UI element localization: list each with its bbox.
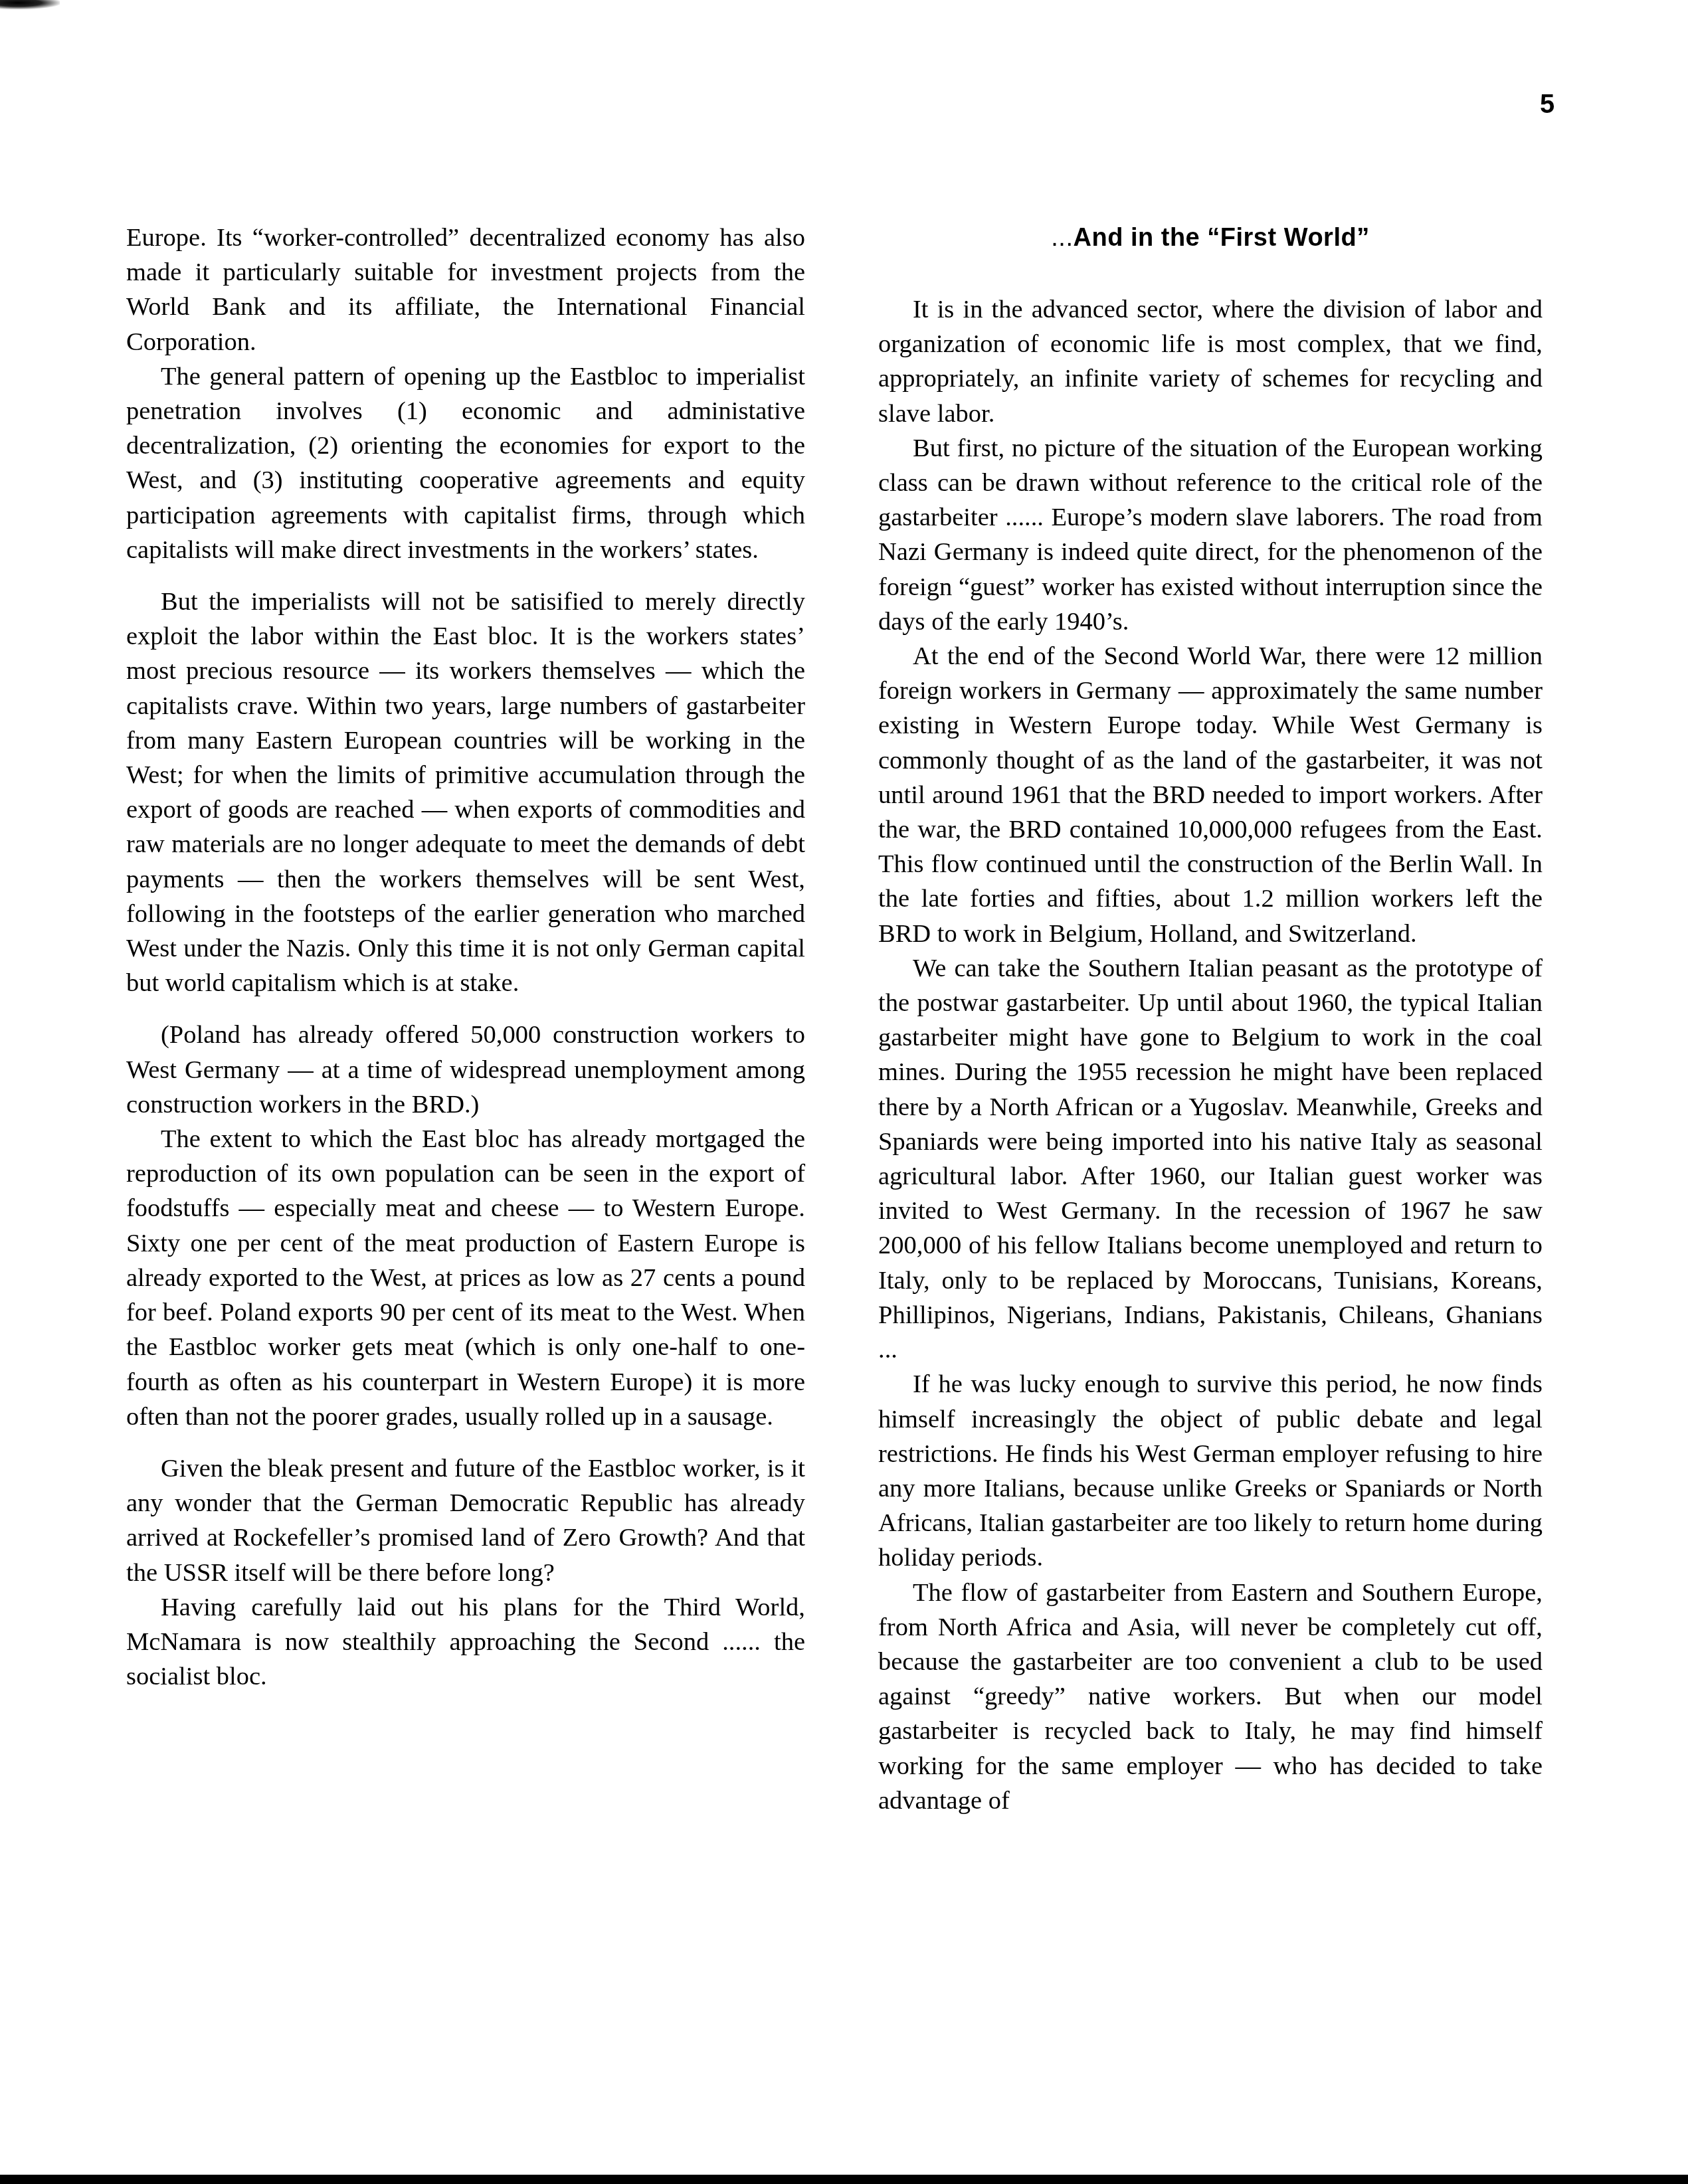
- paragraph: Having carefully laid out his plans for …: [126, 1590, 805, 1694]
- paragraph: If he was lucky enough to survive this p…: [878, 1367, 1543, 1575]
- section-heading: ...And in the “First World”: [878, 221, 1543, 255]
- paragraph: Europe. Its “worker-controlled” decentra…: [126, 221, 805, 359]
- paragraph: The flow of gastarbeiter from Eastern an…: [878, 1576, 1543, 1818]
- paragraph: But the imperialists will not be satisif…: [126, 585, 805, 1000]
- paragraph: At the end of the Second World War, ther…: [878, 639, 1543, 951]
- heading-text: And in the “First World”: [1074, 224, 1370, 252]
- paragraph: (Poland has already offered 50,000 const…: [126, 1018, 805, 1122]
- scan-bottom-edge: [0, 2175, 1688, 2184]
- scan-artifact: [0, 0, 60, 9]
- paragraph: Given the bleak present and future of th…: [126, 1451, 805, 1590]
- paragraph: We can take the Southern Italian peasant…: [878, 951, 1543, 1367]
- right-column: ...And in the “First World” It is in the…: [878, 221, 1543, 1818]
- paragraph: But first, no picture of the situation o…: [878, 431, 1543, 639]
- paragraph: The general pattern of opening up the Ea…: [126, 359, 805, 567]
- heading-ellipsis: ...: [1051, 224, 1073, 252]
- document-page: 5 Europe. Its “worker-controlled” decent…: [0, 0, 1688, 2184]
- page-number: 5: [1540, 90, 1554, 120]
- paragraph: It is in the advanced sector, where the …: [878, 292, 1543, 431]
- paragraph: The extent to which the East bloc has al…: [126, 1122, 805, 1434]
- left-column: Europe. Its “worker-controlled” decentra…: [126, 221, 805, 1694]
